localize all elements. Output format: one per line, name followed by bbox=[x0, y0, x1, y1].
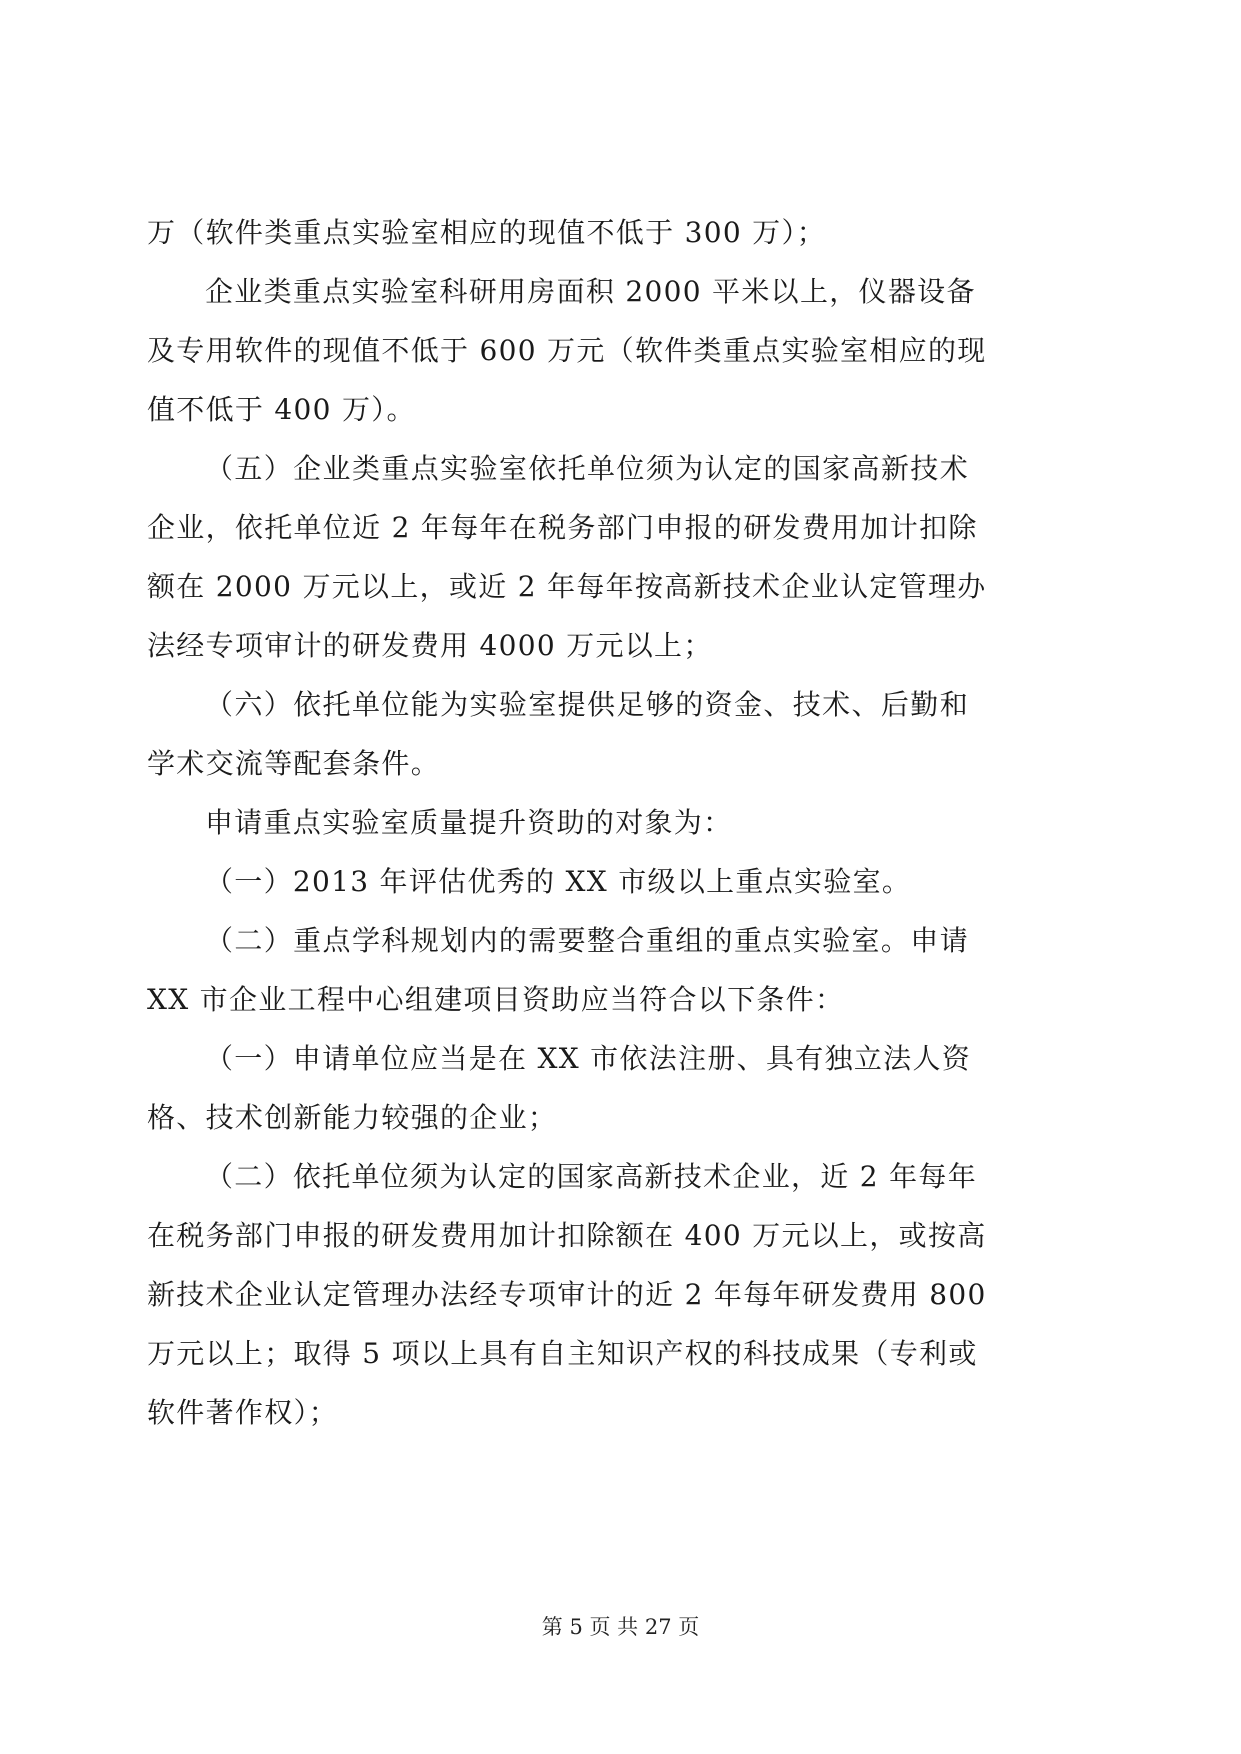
text-line: 万（软件类重点实验室相应的现值不低于 300 万）； bbox=[147, 203, 969, 262]
text-line: 申请重点实验室质量提升资助的对象为： bbox=[147, 793, 969, 852]
text-line: （六）依托单位能为实验室提供足够的资金、技术、后勤和 bbox=[147, 675, 969, 734]
text-line: 及专用软件的现值不低于 600 万元（软件类重点实验室相应的现 bbox=[147, 321, 969, 380]
text-line: 软件著作权）； bbox=[147, 1383, 969, 1442]
text-line: 额在 2000 万元以上，或近 2 年每年按高新技术企业认定管理办 bbox=[147, 557, 969, 616]
text-line: 学术交流等配套条件。 bbox=[147, 734, 969, 793]
text-line: 格、技术创新能力较强的企业； bbox=[147, 1088, 969, 1147]
text-line: （一）2013 年评估优秀的 XX 市级以上重点实验室。 bbox=[147, 852, 969, 911]
page-number-footer: 第 5 页 共 27 页 bbox=[0, 1612, 1241, 1642]
text-line: （二）依托单位须为认定的国家高新技术企业，近 2 年每年 bbox=[147, 1147, 969, 1206]
text-line: （五）企业类重点实验室依托单位须为认定的国家高新技术 bbox=[147, 439, 969, 498]
text-line: 法经专项审计的研发费用 4000 万元以上； bbox=[147, 616, 969, 675]
text-line: 在税务部门申报的研发费用加计扣除额在 400 万元以上，或按高 bbox=[147, 1206, 969, 1265]
body-text: 万（软件类重点实验室相应的现值不低于 300 万）； 企业类重点实验室科研用房面… bbox=[147, 203, 969, 1442]
text-line: 新技术企业认定管理办法经专项审计的近 2 年每年研发费用 800 bbox=[147, 1265, 969, 1324]
text-line: 企业，依托单位近 2 年每年在税务部门申报的研发费用加计扣除 bbox=[147, 498, 969, 557]
text-line: （二）重点学科规划内的需要整合重组的重点实验室。申请 bbox=[147, 911, 969, 970]
text-line: 万元以上；取得 5 项以上具有自主知识产权的科技成果（专利或 bbox=[147, 1324, 969, 1383]
text-line: 企业类重点实验室科研用房面积 2000 平米以上，仪器设备 bbox=[147, 262, 969, 321]
text-line: 值不低于 400 万）。 bbox=[147, 380, 969, 439]
document-page: 万（软件类重点实验室相应的现值不低于 300 万）； 企业类重点实验室科研用房面… bbox=[0, 0, 1241, 1754]
text-line: XX 市企业工程中心组建项目资助应当符合以下条件： bbox=[147, 970, 969, 1029]
text-line: （一）申请单位应当是在 XX 市依法注册、具有独立法人资 bbox=[147, 1029, 969, 1088]
